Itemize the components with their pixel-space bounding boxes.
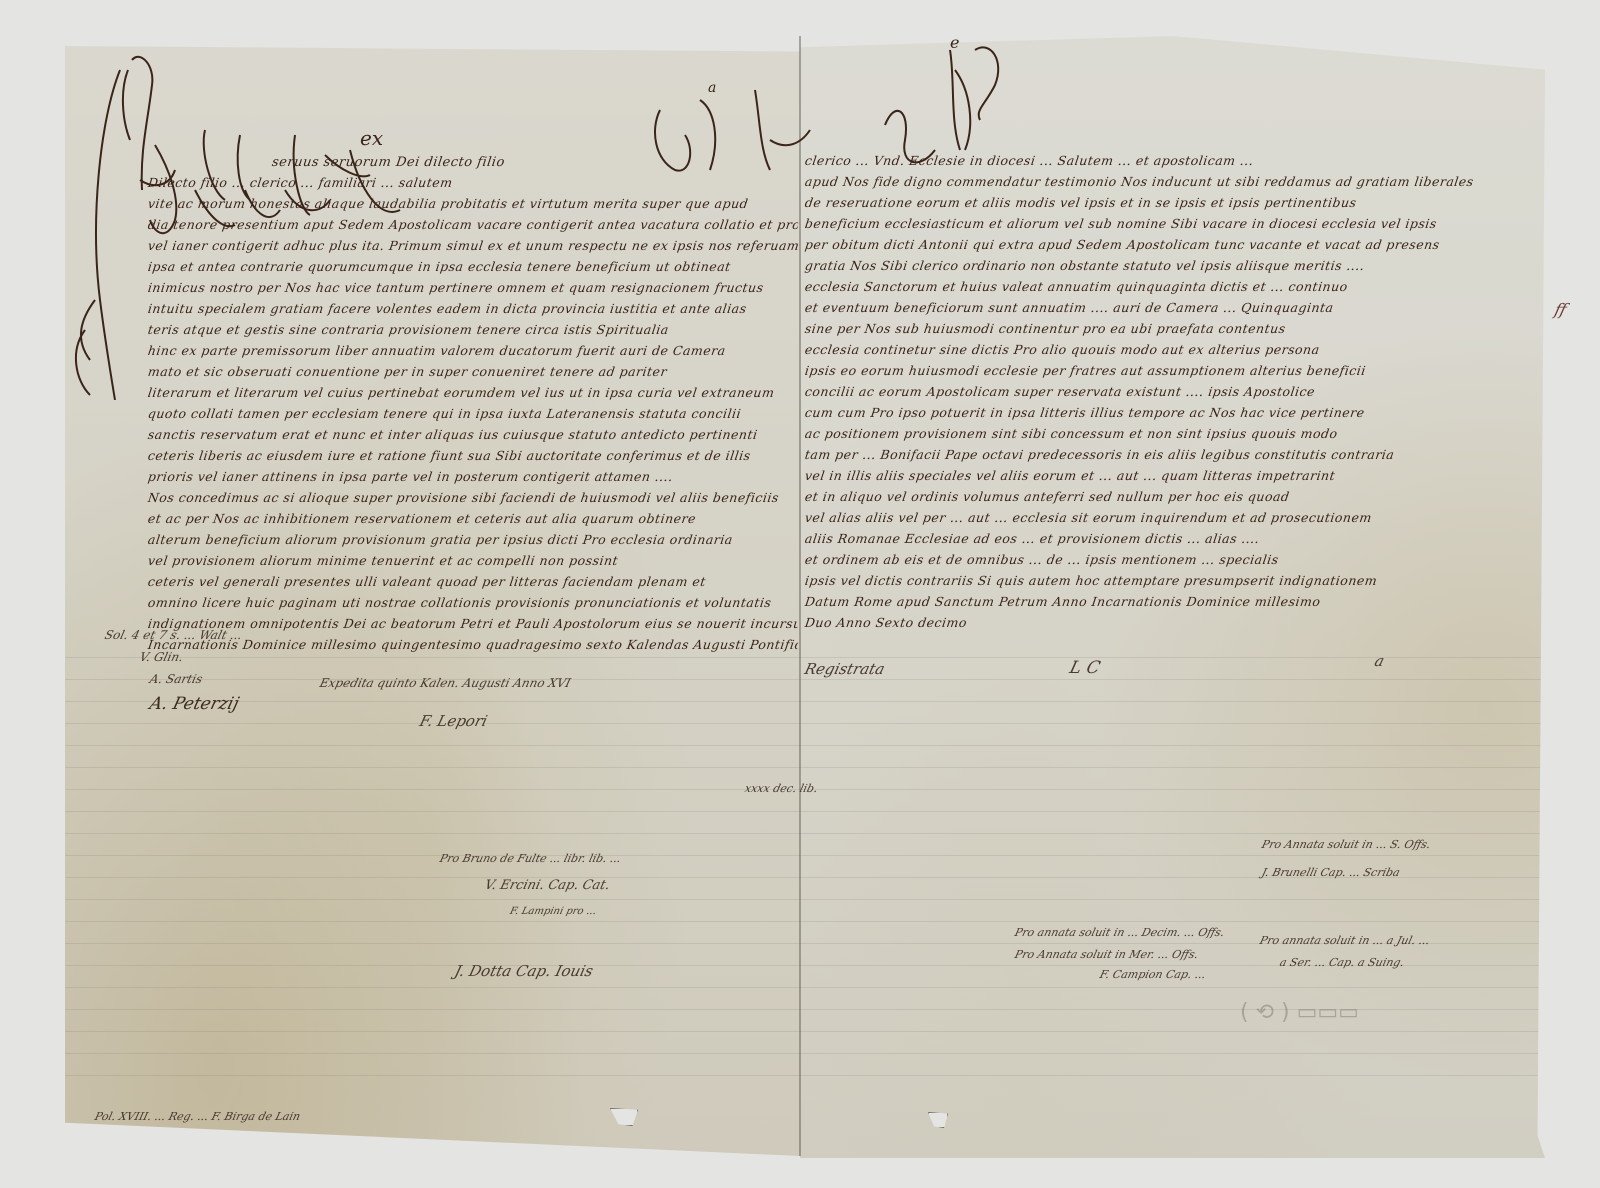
lower-left-note-3: F. Lampini pro ... xyxy=(509,906,598,917)
body-line: Datum Rome apud Sanctum Petrum Anno Inca… xyxy=(804,591,1527,612)
body-line: inimicus nostro per Nos hac vice tantum … xyxy=(147,277,800,298)
expedition-note: Expedita quinto Kalen. Augusti Anno XVI xyxy=(318,676,572,690)
bottom-left-note: Pol. XVIII. ... Reg. ... F. Birga de Lai… xyxy=(93,1110,301,1123)
heading-salutation: seruus seruorum Dei dilecto filio xyxy=(271,152,634,173)
body-line: dia tenore presentium aput Sedem Apostol… xyxy=(147,214,800,235)
body-line: intuitu specialem gratiam facere volente… xyxy=(147,298,800,319)
archive-stamp: ( ⟲ ) ▭▭▭ xyxy=(1240,1000,1359,1025)
body-line: gratia Nos Sibi clerico ordinario non ob… xyxy=(804,255,1527,276)
body-line: prioris vel ianer attinens in ipsa parte… xyxy=(147,466,800,487)
lower-right-note-4: Pro Annata soluit in Mer. ... Offs. xyxy=(1013,948,1199,961)
lower-left-note-1: Pro Bruno de Fulte ... libr. lib. ... xyxy=(438,852,622,865)
middle-note: xxxx dec. lib. xyxy=(743,782,819,795)
body-line: concilii ac eorum Apostolicam super rese… xyxy=(804,381,1527,402)
margin-note-sol: Sol. 4 et 7 s. ... Walt ... xyxy=(103,628,243,642)
lower-right-note-6: Pro annata soluit in ... a Jul. ... xyxy=(1258,934,1431,947)
body-line: vel alias aliis vel per ... aut ... eccl… xyxy=(804,507,1527,528)
initial-flourish-right: e xyxy=(880,30,1100,170)
body-line: per obitum dicti Antonii qui extra apud … xyxy=(804,234,1527,255)
lower-right-note-2: J. Brunelli Cap. ... Scriba xyxy=(1260,866,1401,879)
body-line: et ac per Nos ac inhibitionem reservatio… xyxy=(147,508,800,529)
ruled-lines xyxy=(800,636,1545,1076)
body-line: vel in illis aliis speciales vel aliis e… xyxy=(804,465,1527,486)
margin-note-glin: V. Glin. xyxy=(138,650,185,664)
body-line: teris atque et gestis sine contraria pro… xyxy=(147,319,800,340)
body-line: ipsa et antea contrarie quorumcumque in … xyxy=(147,256,800,277)
svg-text:e: e xyxy=(950,33,959,52)
lower-right-note-1: Pro Annata soluit in ... S. Offs. xyxy=(1260,838,1432,851)
body-line: ipsis eo eorum huiusmodi ecclesie per fr… xyxy=(804,360,1527,381)
body-line: Nos concedimus ac si alioque super provi… xyxy=(147,487,800,508)
body-line: ceteris liberis ac eiusdem iure et ratio… xyxy=(147,445,800,466)
lower-right-note-7: a Ser. ... Cap. a Suing. xyxy=(1278,956,1405,969)
body-line: literarum et literarum vel cuius pertine… xyxy=(147,382,800,403)
body-line: ipsis vel dictis contrariis Si quis aute… xyxy=(804,570,1527,591)
body-line: Duo Anno Sexto decimo xyxy=(804,612,1527,633)
signature-peterzij: A. Peterzij xyxy=(148,694,242,714)
right-margin-mark: ff xyxy=(1553,300,1569,319)
body-line: quoto collati tamen per ecclesiam tenere… xyxy=(147,403,800,424)
body-line: ceteris vel generali presentes ulli vale… xyxy=(147,571,800,592)
body-line: de reseruatione eorum et aliis modis vel… xyxy=(804,192,1527,213)
body-line: ecclesia Sanctorum et huius valeat annua… xyxy=(804,276,1527,297)
margin-note-sartis: A. Sartis xyxy=(148,672,204,686)
body-line: beneficium ecclesiasticum et aliorum vel… xyxy=(804,213,1527,234)
body-line: Dilecto filio ... clerico ... familiari … xyxy=(147,172,800,193)
body-line: indignationem omnipotentis Dei ac beator… xyxy=(147,613,800,634)
body-line: vel ianer contigerit adhuc plus ita. Pri… xyxy=(147,235,800,256)
svg-text:ex: ex xyxy=(360,126,383,150)
body-line: aliis Romanae Ecclesiae ad eos ... et pr… xyxy=(804,528,1527,549)
body-line: ecclesia continetur sine dictis Pro alio… xyxy=(804,339,1527,360)
body-line: alterum beneficium aliorum provisionum g… xyxy=(147,529,800,550)
body-line: hinc ex parte premissorum liber annuatim… xyxy=(147,340,800,361)
lower-left-note-2: V. Ercini. Cap. Cat. xyxy=(483,878,611,893)
body-line: sine per Nos sub huiusmodi continentur p… xyxy=(804,318,1527,339)
svg-text:a: a xyxy=(708,80,716,96)
body-line: cum cum Pro ipso potuerit in ipsa litter… xyxy=(804,402,1527,423)
body-line: omnino licere huic paginam uti nostrae c… xyxy=(147,592,800,613)
signature-lepori: F. Lepori xyxy=(418,712,490,730)
body-line: vite ac morum honestas aliaque laudabili… xyxy=(147,193,800,214)
body-line: sanctis reservatum erat et nunc et inter… xyxy=(147,424,800,445)
body-line: tam per ... Bonifacii Pape octavi predec… xyxy=(804,444,1527,465)
body-line: Incarnationis Dominice millesimo quingen… xyxy=(147,634,800,655)
body-line: clerico ... Vnd. Ecclesie in diocesi ...… xyxy=(804,150,1527,171)
body-line: et ordinem ab eis et de omnibus ... de .… xyxy=(804,549,1527,570)
lower-right-note-5: F. Campion Cap. ... xyxy=(1098,968,1207,981)
body-line: ac positionem provisionem sint sibi conc… xyxy=(804,423,1527,444)
center-fold xyxy=(799,36,801,1156)
body-line: mato et sic obseruati conuentione per in… xyxy=(147,361,800,382)
signature-dotta: J. Dotta Cap. Iouis xyxy=(453,962,595,980)
lower-right-note-3: Pro annata soluit in ... Decim. ... Offs… xyxy=(1013,926,1226,939)
body-line: et in aliquo vel ordinis volumus antefer… xyxy=(804,486,1527,507)
body-line: vel provisionem aliorum minime tenuerint… xyxy=(147,550,800,571)
register-mark-lc: L C xyxy=(1068,658,1103,678)
body-line: apud Nos fide digno commendatur testimon… xyxy=(804,171,1527,192)
body-line: et eventuum beneficiorum sunt annuatim .… xyxy=(804,297,1527,318)
registrata-note: Registrata xyxy=(803,660,887,678)
